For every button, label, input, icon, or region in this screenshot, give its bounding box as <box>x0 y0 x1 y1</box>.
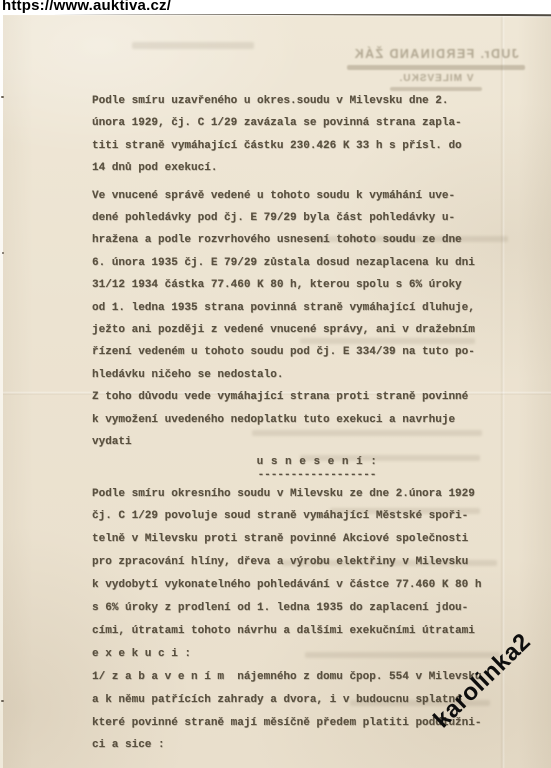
scanned-document-page: JUDr. FERDINAND ŽÁK V MILEVSKU. Podle sm… <box>0 0 551 768</box>
typewritten-line: 31/12 1934 částka 77.460 K 80 h, kterou … <box>92 274 542 296</box>
typewritten-line: ježto ani později z vedené vnucené správ… <box>92 319 542 341</box>
typewritten-line: e x e k u c i : <box>92 643 542 666</box>
typewritten-line: které povinné straně mají měsíčně předem… <box>92 712 542 735</box>
typewritten-line: řízení vedeném u tohoto soudu pod čj. E … <box>92 341 542 363</box>
typewritten-line: Podle smíru uzavřeného u okres.soudu v M… <box>92 90 542 112</box>
typewritten-line: k vydobytí vykonatelného pohledávání v č… <box>92 574 542 597</box>
url-watermark-text: https://www.auktiva.cz/ <box>2 0 171 14</box>
typewritten-line: 6. února 1935 čj. E 79/29 zůstala dosud … <box>92 252 542 274</box>
bleedthrough-name: JUDr. FERDINAND ŽÁK <box>338 47 534 61</box>
typewritten-text: Podle smíru uzavřeného u okres.soudu v M… <box>92 90 542 757</box>
typewritten-line: k vymožení uvedeného nedoplatku tuto exe… <box>92 409 542 431</box>
resolution-heading-underline: ------------------ <box>92 469 542 481</box>
paragraph-resolution: Podle smíru okresního soudu v Milevsku z… <box>92 483 542 758</box>
typewritten-line: čj. C 1/29 povoluje soud straně vymáhají… <box>92 505 542 528</box>
typewritten-line: února 1929, čj. C 1/29 zavázala se povin… <box>92 112 542 134</box>
paragraph-reason: Z toho důvodu vede vymáhající strana pro… <box>92 386 542 453</box>
scan-speck <box>1 700 4 702</box>
typewritten-line: Ve vnucené správě vedené u tohoto soudu … <box>92 185 542 207</box>
resolution-heading-block: u s n e s e n í : ------------------ <box>92 455 542 481</box>
bleedthrough-place: V MILEVSKU. <box>338 73 534 84</box>
scan-left-edge <box>0 15 3 768</box>
typewritten-line: telně v Milevsku proti straně povinné Ak… <box>92 528 542 551</box>
resolution-heading: u s n e s e n í : <box>92 455 542 469</box>
typewritten-line: pro zpracování hlíny, dřeva a výrobu ele… <box>92 551 542 574</box>
typewritten-line: 14 dnů pod exekucí. <box>92 157 542 179</box>
typewritten-line: dené pohledávky pod čj. E 79/29 byla čás… <box>92 207 542 229</box>
typewritten-line: vydati <box>92 431 542 453</box>
typewritten-line: hledávku ničeho se nedostalo. <box>92 364 542 386</box>
paragraph-settlement: Podle smíru uzavřeného u okres.soudu v M… <box>92 90 542 180</box>
typewritten-line: s 6% úroky z prodlení od 1. ledna 1935 d… <box>92 597 542 620</box>
typewritten-line: titi straně vymáhající částku 230.426 K … <box>92 135 542 157</box>
bleedthrough-smudge <box>132 42 254 49</box>
paragraph-forced-administration: Ve vnucené správě vedené u tohoto soudu … <box>92 185 542 387</box>
scan-speck <box>1 96 4 98</box>
typewritten-line: cími, útratami tohoto návrhu a dalšími e… <box>92 620 542 643</box>
bleedthrough-letterhead: JUDr. FERDINAND ŽÁK V MILEVSKU. <box>338 47 534 91</box>
scan-speck <box>2 252 4 254</box>
typewritten-line: od 1. ledna 1935 strana povinná straně v… <box>92 297 542 319</box>
typewritten-line: Podle smíru okresního soudu v Milevsku z… <box>92 483 542 506</box>
typewritten-line: Z toho důvodu vede vymáhající strana pro… <box>92 386 542 408</box>
typewritten-line: ci a sice : <box>92 734 542 757</box>
typewritten-line: hražena a podle rozvrhového usnesení toh… <box>92 229 542 251</box>
bleedthrough-smudge-line <box>347 65 525 70</box>
url-watermark-bar: https://www.auktiva.cz/ <box>0 0 551 14</box>
